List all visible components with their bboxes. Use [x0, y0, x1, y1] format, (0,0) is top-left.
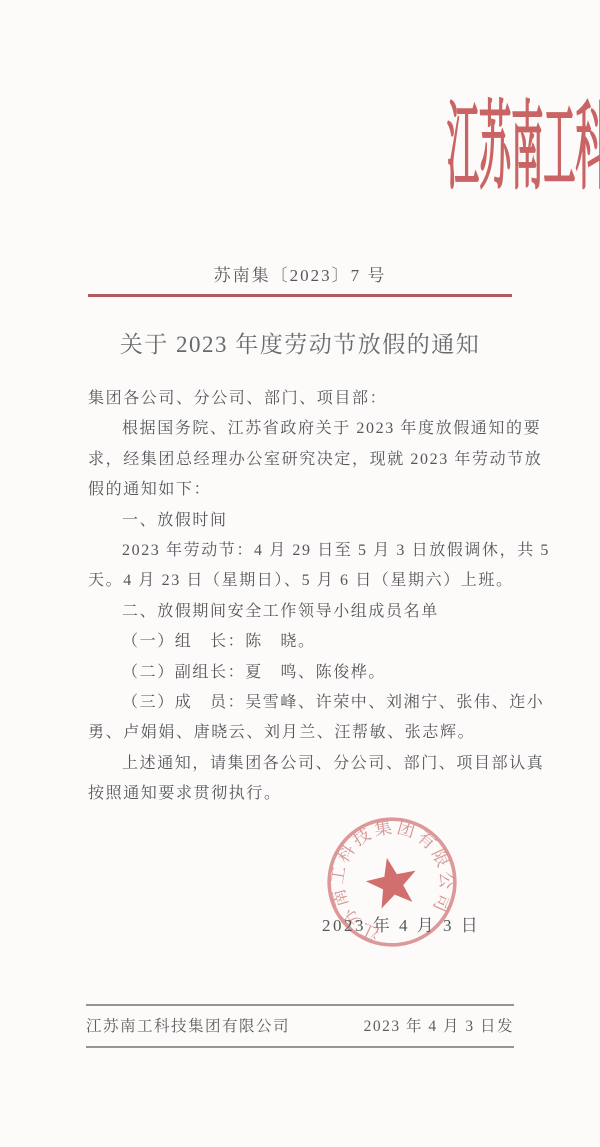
body-line: 二、放假期间安全工作领导小组成员名单 — [88, 597, 516, 627]
body-line: 勇、卢娟娟、唐晓云、刘月兰、汪帮敏、张志辉。 — [88, 718, 516, 748]
body-line: 一、放假时间 — [88, 506, 516, 536]
body-line: 求，经集团总经理办公室研究决定，现就 2023 年劳动节放 — [88, 445, 516, 475]
letterhead: 江苏南工科技集团有限公司文件 — [0, 98, 600, 199]
body-line: 假的通知如下： — [88, 475, 516, 505]
body-line: 按照通知要求贯彻执行。 — [88, 779, 516, 809]
body-line: 天。4 月 23 日（星期日）、5 月 6 日（星期六）上班。 — [88, 566, 516, 596]
body-line: 集团各公司、分公司、部门、项目部： — [88, 384, 516, 414]
footer-rule-top — [86, 1004, 514, 1006]
company-seal-stamp-icon: 江苏南工科技集团有限公司 — [311, 801, 472, 962]
body-line: 根据国务院、江苏省政府关于 2023 年度放假通知的要 — [88, 414, 516, 444]
seal-star-icon — [362, 853, 422, 911]
body-line: （一）组 长：陈 晓。 — [88, 627, 516, 657]
red-separator-rule — [88, 294, 512, 297]
footer-company: 江苏南工科技集团有限公司 — [86, 1014, 290, 1036]
footer-rule-bottom — [86, 1046, 514, 1048]
footer-issue-date: 2023 年 4 月 3 日发 — [364, 1014, 514, 1036]
body-line: 上述通知，请集团各公司、分公司、部门、项目部认真 — [88, 749, 516, 779]
letterhead-title: 江苏南工科技集团有限公司文件 — [447, 98, 600, 199]
body-text: 集团各公司、分公司、部门、项目部： 根据国务院、江苏省政府关于 2023 年度放… — [88, 384, 516, 810]
notice-title: 关于 2023 年度劳动节放假的通知 — [0, 326, 600, 359]
document-page: 江苏南工科技集团有限公司文件 苏南集〔2023〕7 号 关于 2023 年度劳动… — [0, 0, 600, 1147]
signature-date: 2023 年 4 月 3 日 — [322, 911, 480, 936]
footer: 江苏南工科技集团有限公司 2023 年 4 月 3 日发 — [86, 1014, 514, 1036]
body-line: （三）成 员：吴雪峰、许荣中、刘湘宁、张伟、迮小 — [88, 688, 516, 718]
body-line: 2023 年劳动节：4 月 29 日至 5 月 3 日放假调休，共 5 — [88, 536, 516, 566]
doc-number: 苏南集〔2023〕7 号 — [0, 261, 600, 286]
body-line: （二）副组长：夏 鸣、陈俊桦。 — [88, 658, 516, 688]
